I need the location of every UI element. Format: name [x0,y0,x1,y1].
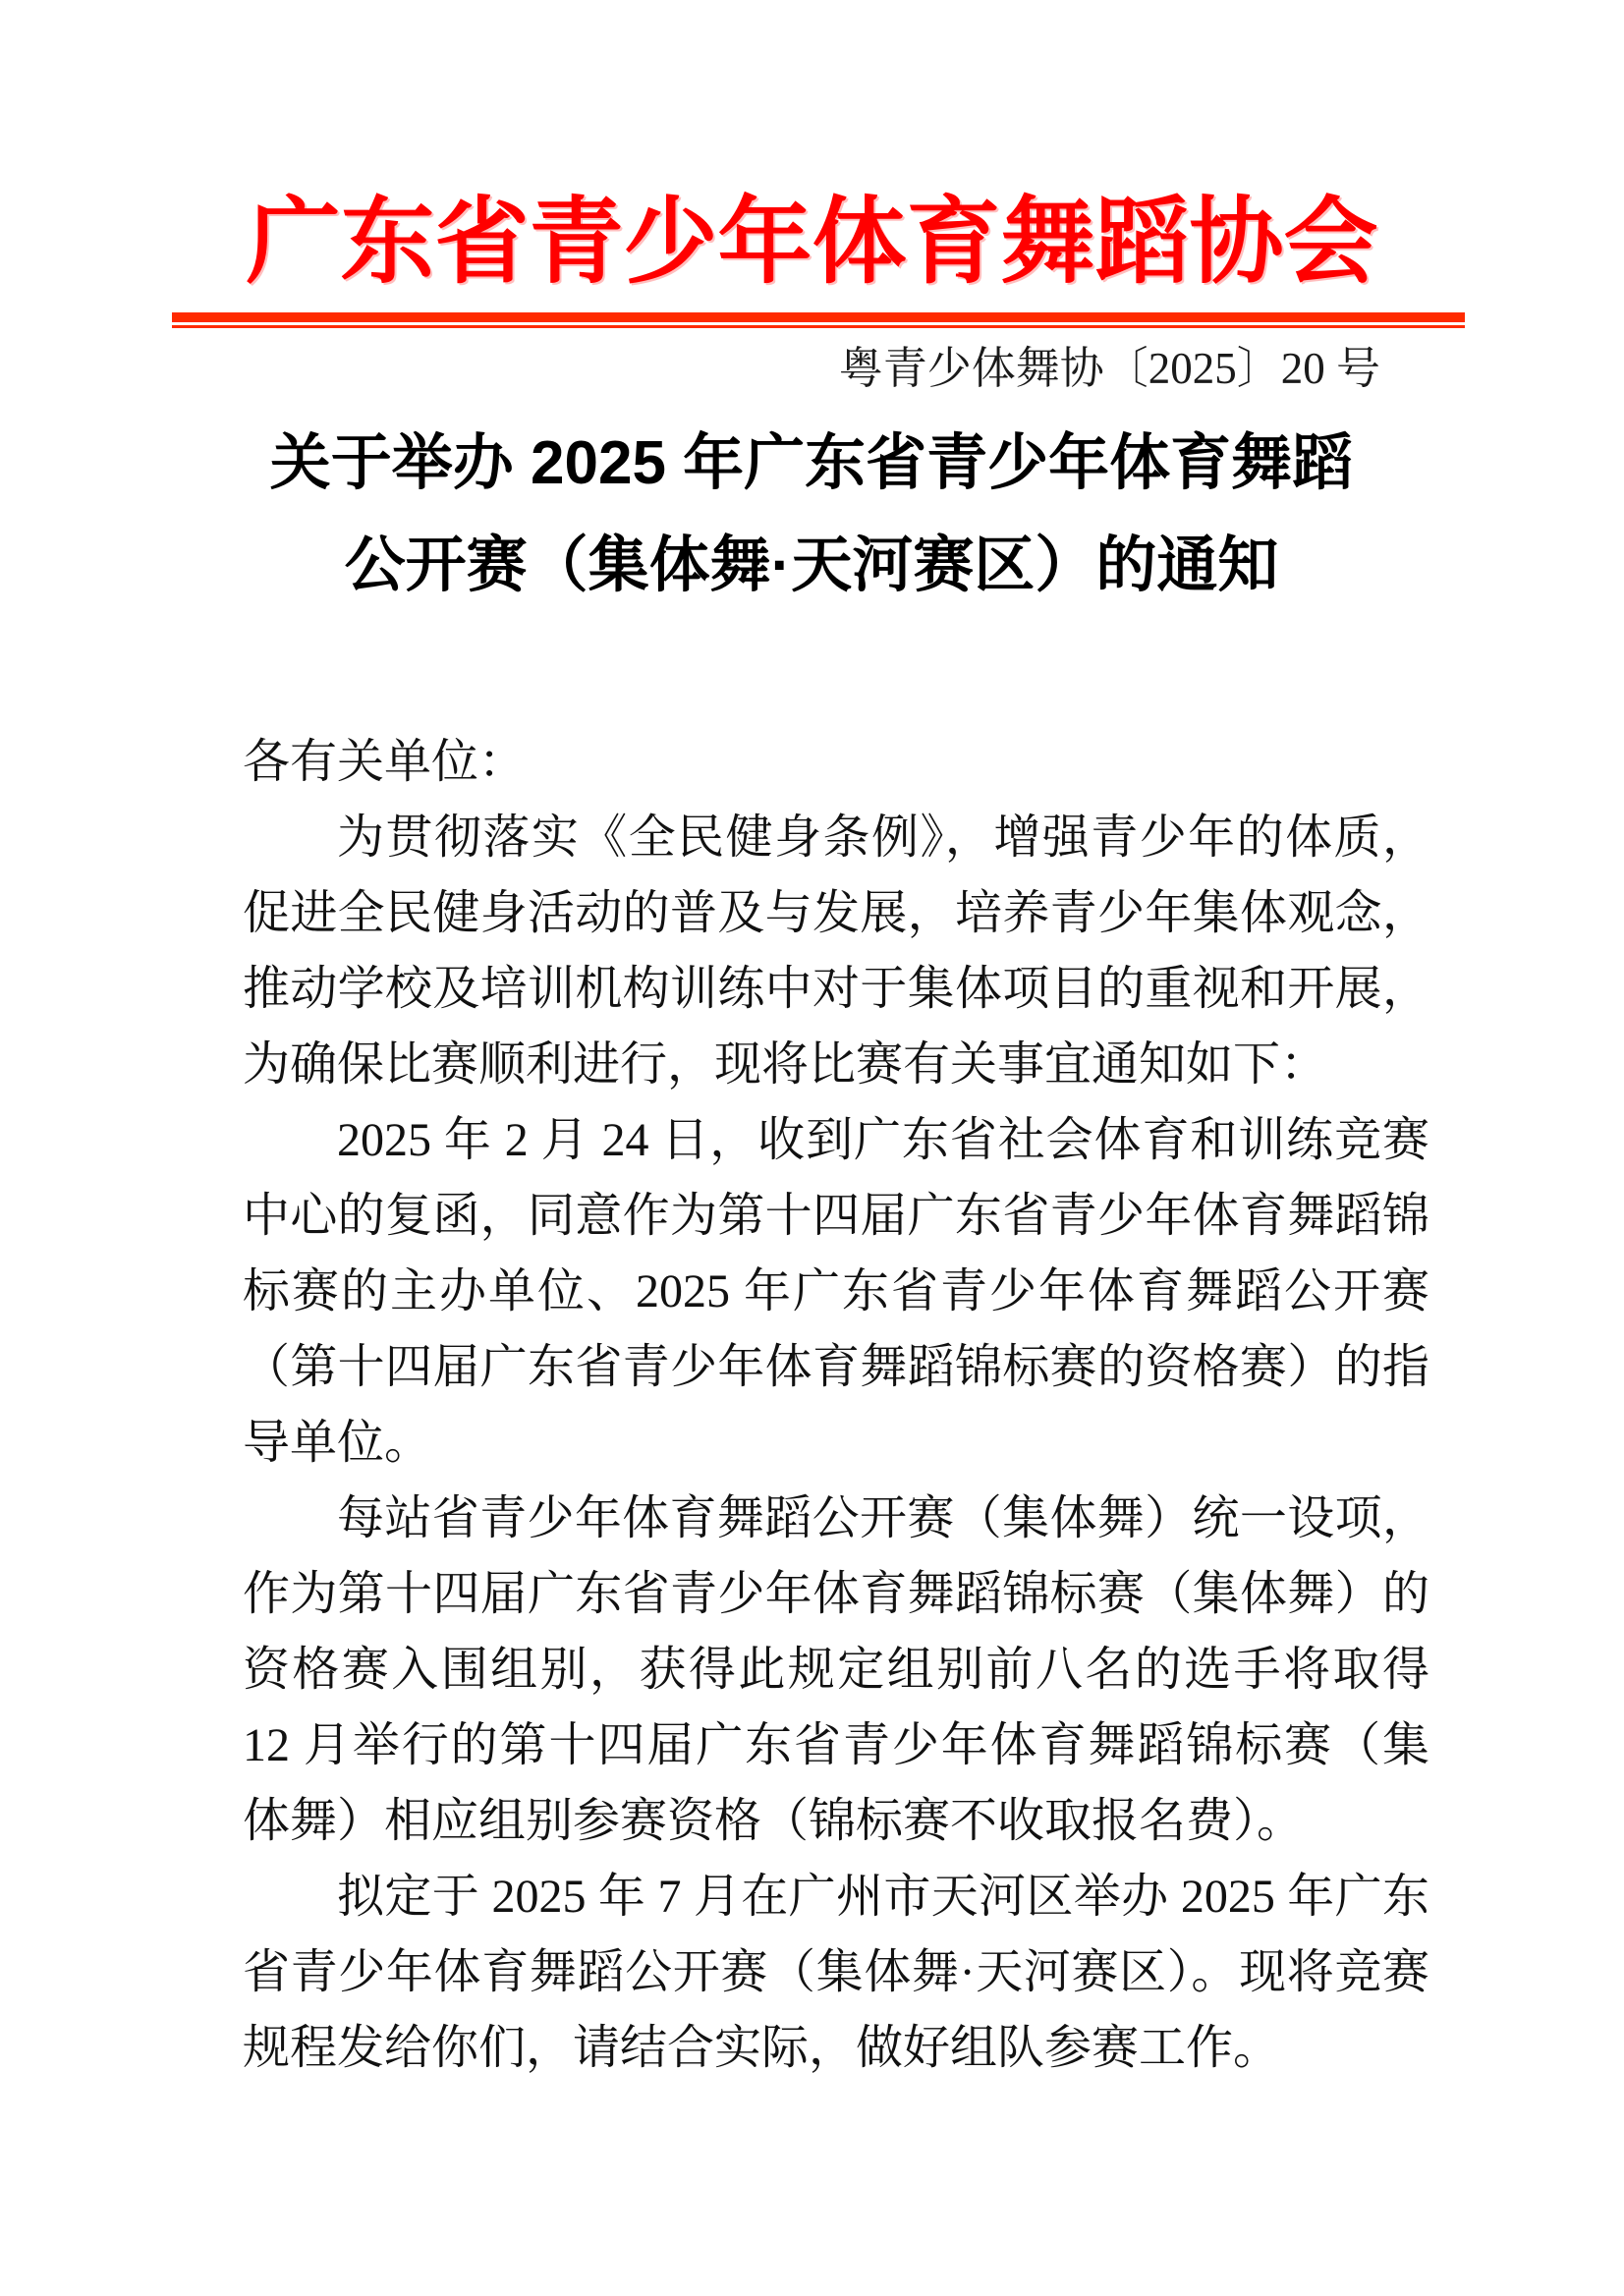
salutation: 各有关单位： [243,724,1429,800]
notice-document-page: 广东省青少年体育舞蹈协会 粤青少体舞协〔2025〕20 号 关于举办 2025 … [0,0,1624,2296]
document-reference-number: 粤青少体舞协〔2025〕20 号 [839,342,1380,396]
letterhead-org-name: 广东省青少年体育舞蹈协会 [0,189,1624,297]
body-paragraph: 2025 年 2 月 24 日，收到广东省社会体育和训练竞赛中心的复函，同意作为… [243,1102,1429,1481]
letterhead-divider-thick-line [172,312,1465,322]
body-paragraph: 每站省青少年体育舞蹈公开赛（集体舞）统一设项，作为第十四届广东省青少年体育舞蹈锦… [243,1481,1429,1859]
notice-title-line-1: 关于举办 2025 年广东省青少年体育舞蹈 [218,413,1405,515]
notice-title-line-2: 公开赛（集体舞·天河赛区）的通知 [218,515,1405,617]
notice-body: 各有关单位： 为贯彻落实《全民健身条例》，增强青少年的体质，促进全民健身活动的普… [243,724,1429,2086]
body-paragraph: 拟定于 2025 年 7 月在广州市天河区举办 2025 年广东省青少年体育舞蹈… [243,1859,1429,2086]
letterhead-divider-thin-line [172,325,1465,328]
letterhead-divider [172,312,1465,328]
notice-title: 关于举办 2025 年广东省青少年体育舞蹈 公开赛（集体舞·天河赛区）的通知 [218,413,1405,617]
body-paragraph: 为贯彻落实《全民健身条例》，增强青少年的体质，促进全民健身活动的普及与发展，培养… [243,800,1429,1102]
